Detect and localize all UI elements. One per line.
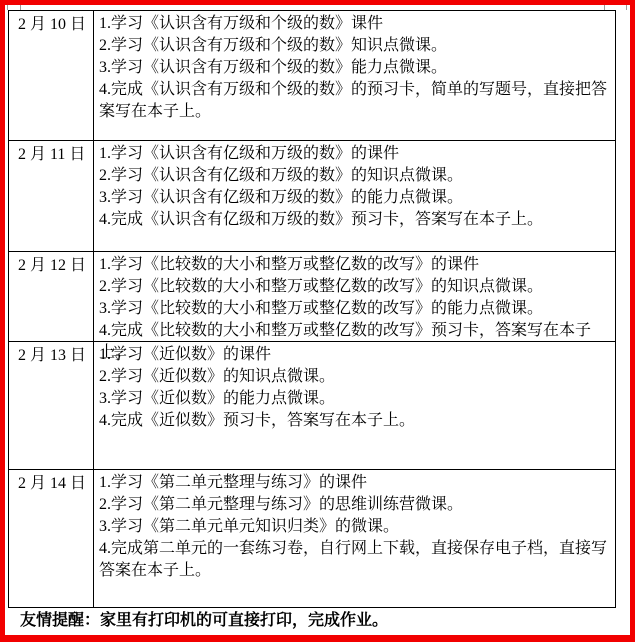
table-row: 2 月 13 日 1.学习《近似数》的课件 2.学习《近似数》的知识点微课。 3… [9,342,615,470]
task-line: 4.完成《认识含有亿级和万级的数》预习卡，答案写在本子上。 [99,209,607,231]
date-label: 2 月 14 日 [18,475,86,492]
tasks-cell: 1.学习《近似数》的课件 2.学习《近似数》的知识点微课。 3.学习《近似数》的… [94,342,615,469]
task-line: 2.学习《近似数》的知识点微课。 [99,366,607,388]
date-cell: 2 月 10 日 [9,11,94,140]
cropped-cell-fragment-left [7,4,21,10]
task-line: 3.学习《近似数》的能力点微课。 [99,388,607,410]
task-line: 1.学习《认识含有万级和个级的数》课件 [99,13,607,35]
task-line: 4.完成《认识含有万级和个级的数》的预习卡，简单的写题号，直接把答案写在本子上。 [99,79,607,123]
task-line: 1.学习《第二单元整理与练习》的课件 [99,472,607,494]
task-line: 4.完成第二单元的一套练习卷，自行网上下载，直接保存电子档，直接写答案在本子上。 [99,538,607,582]
task-line: 2.学习《比较数的大小和整万或整亿数的改写》的知识点微课。 [99,276,607,298]
task-line: 2.学习《第二单元整理与练习》的思维训练营微课。 [99,494,607,516]
tasks-cell: 1.学习《认识含有万级和个级的数》课件 2.学习《认识含有万级和个级的数》知识点… [94,11,615,140]
task-line: 2.学习《认识含有亿级和万级的数》的知识点微课。 [99,165,607,187]
homework-schedule-page: 2 月 10 日 1.学习《认识含有万级和个级的数》课件 2.学习《认识含有万级… [0,0,635,644]
date-cell: 2 月 11 日 [9,141,94,251]
task-line: 4.完成《近似数》预习卡，答案写在本子上。 [99,410,607,432]
task-line: 1.学习《认识含有亿级和万级的数》的课件 [99,143,607,165]
table-row: 2 月 11 日 1.学习《认识含有亿级和万级的数》的课件 2.学习《认识含有亿… [9,141,615,252]
date-label: 2 月 13 日 [18,347,86,364]
date-cell: 2 月 12 日 [9,252,94,341]
tasks-cell: 1.学习《认识含有亿级和万级的数》的课件 2.学习《认识含有亿级和万级的数》的知… [94,141,615,251]
cropped-cell-fragment-right [604,4,627,10]
task-line: 1.学习《近似数》的课件 [99,344,607,366]
tasks-cell: 1.学习《比较数的大小和整万或整亿数的改写》的课件 2.学习《比较数的大小和整万… [94,252,615,341]
date-label: 2 月 12 日 [18,257,86,274]
table-row: 2 月 14 日 1.学习《第二单元整理与练习》的课件 2.学习《第二单元整理与… [9,470,615,607]
task-line: 2.学习《认识含有万级和个级的数》知识点微课。 [99,35,607,57]
task-line: 3.学习《第二单元单元知识归类》的微课。 [99,516,607,538]
table-row: 2 月 10 日 1.学习《认识含有万级和个级的数》课件 2.学习《认识含有万级… [9,11,615,141]
task-line: 3.学习《认识含有万级和个级的数》能力点微课。 [99,57,607,79]
date-label: 2 月 11 日 [18,146,85,163]
friendly-reminder: 友情提醒：家里有打印机的可直接打印，完成作业。 [20,611,388,631]
task-line: 3.学习《认识含有亿级和万级的数》的能力点微课。 [99,187,607,209]
table-row: 2 月 12 日 1.学习《比较数的大小和整万或整亿数的改写》的课件 2.学习《… [9,252,615,342]
date-cell: 2 月 13 日 [9,342,94,469]
task-line: 3.学习《比较数的大小和整万或整亿数的改写》的能力点微课。 [99,298,607,320]
tasks-cell: 1.学习《第二单元整理与练习》的课件 2.学习《第二单元整理与练习》的思维训练营… [94,470,615,607]
task-line: 1.学习《比较数的大小和整万或整亿数的改写》的课件 [99,254,607,276]
schedule-table: 2 月 10 日 1.学习《认识含有万级和个级的数》课件 2.学习《认识含有万级… [8,10,616,608]
date-label: 2 月 10 日 [18,16,86,33]
date-cell: 2 月 14 日 [9,470,94,607]
